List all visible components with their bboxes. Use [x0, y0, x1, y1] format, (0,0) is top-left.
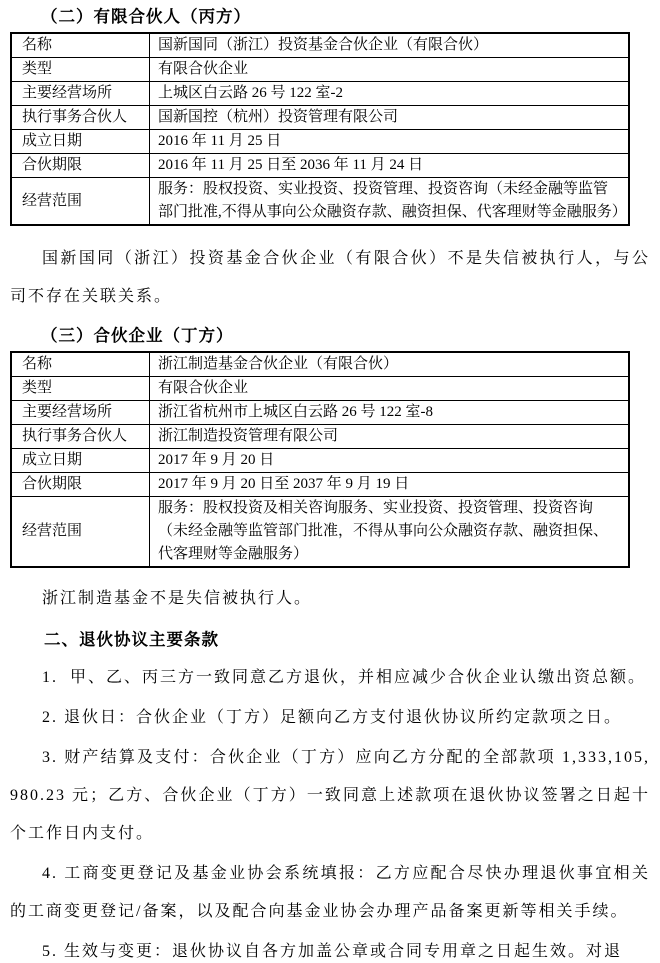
field-label: 执行事务合伙人	[11, 425, 150, 449]
d-party-info-table: 名称 浙江制造基金合伙企业（有限合伙） 类型 有限合伙企业 主要经营场所 浙江省…	[10, 351, 630, 568]
field-value: 浙江制造投资管理有限公司	[150, 425, 630, 449]
field-label: 名称	[11, 33, 150, 58]
note-paragraph: 浙江制造基金不是失信被执行人。	[10, 580, 650, 618]
table-row: 合伙期限 2017 年 9 月 20 日至 2037 年 9 月 19 日	[11, 473, 629, 497]
field-label: 主要经营场所	[11, 401, 150, 425]
clause-paragraph: 3. 财产结算及支付：合伙企业（丁方）应向乙方分配的全部款项 1,333,105…	[10, 739, 650, 853]
c-party-info-table: 名称 国新国同（浙江）投资基金合伙企业（有限合伙） 类型 有限合伙企业 主要经营…	[10, 32, 630, 226]
field-label: 经营范围	[11, 497, 150, 568]
field-label: 成立日期	[11, 130, 150, 154]
note-paragraph: 国新国同（浙江）投资基金合伙企业（有限合伙）不是失信被执行人，与公司不存在关联关…	[10, 240, 650, 316]
table-row: 成立日期 2017 年 9 月 20 日	[11, 449, 629, 473]
field-value: 国新国控（杭州）投资管理有限公司	[150, 106, 630, 130]
field-value: 浙江省杭州市上城区白云路 26 号 122 室-8	[150, 401, 630, 425]
table-row: 名称 国新国同（浙江）投资基金合伙企业（有限合伙）	[11, 33, 629, 58]
field-value: 浙江制造基金合伙企业（有限合伙）	[150, 352, 630, 377]
field-label: 主要经营场所	[11, 82, 150, 106]
table-row: 经营范围 服务：股权投资及相关咨询服务、实业投资、投资管理、投资咨询（未经金融等…	[11, 497, 629, 568]
document-page: （二）有限合伙人（丙方） 名称 国新国同（浙江）投资基金合伙企业（有限合伙） 类…	[0, 0, 660, 963]
field-value: 2017 年 9 月 20 日	[150, 449, 630, 473]
table-row: 类型 有限合伙企业	[11, 58, 629, 82]
field-label: 类型	[11, 377, 150, 401]
field-value: 上城区白云路 26 号 122 室-2	[150, 82, 630, 106]
field-label: 成立日期	[11, 449, 150, 473]
section-heading-d-party: （三）合伙企业（丁方）	[10, 324, 650, 347]
table-row: 主要经营场所 上城区白云路 26 号 122 室-2	[11, 82, 629, 106]
field-label: 合伙期限	[11, 473, 150, 497]
field-value: 2016 年 11 月 25 日至 2036 年 11 月 24 日	[150, 154, 630, 178]
clause-paragraph: 5. 生效与变更：退伙协议自各方加盖公章或合同专用章之日起生效。对退	[10, 933, 650, 963]
field-value: 2017 年 9 月 20 日至 2037 年 9 月 19 日	[150, 473, 630, 497]
field-label: 类型	[11, 58, 150, 82]
field-value: 有限合伙企业	[150, 58, 630, 82]
clauses-list: 1. 甲、乙、丙三方一致同意乙方退伙，并相应减少合伙企业认缴出资总额。 2. 退…	[10, 659, 650, 963]
clause-paragraph: 2. 退伙日：合伙企业（丁方）足额向乙方支付退伙协议所约定款项之日。	[10, 699, 650, 737]
table-row: 成立日期 2016 年 11 月 25 日	[11, 130, 629, 154]
field-label: 合伙期限	[11, 154, 150, 178]
field-value: 有限合伙企业	[150, 377, 630, 401]
table-row: 合伙期限 2016 年 11 月 25 日至 2036 年 11 月 24 日	[11, 154, 629, 178]
clause-paragraph: 1. 甲、乙、丙三方一致同意乙方退伙，并相应减少合伙企业认缴出资总额。	[10, 659, 650, 697]
field-value: 服务：股权投资、实业投资、投资管理、投资咨询（未经金融等监管部门批准,不得从事向…	[150, 178, 630, 226]
table-row: 经营范围 服务：股权投资、实业投资、投资管理、投资咨询（未经金融等监管部门批准,…	[11, 178, 629, 226]
table-row: 名称 浙江制造基金合伙企业（有限合伙）	[11, 352, 629, 377]
field-value: 服务：股权投资及相关咨询服务、实业投资、投资管理、投资咨询（未经金融等监管部门批…	[150, 497, 630, 568]
field-value: 国新国同（浙江）投资基金合伙企业（有限合伙）	[150, 33, 630, 58]
table-row: 执行事务合伙人 国新国控（杭州）投资管理有限公司	[11, 106, 629, 130]
field-value: 2016 年 11 月 25 日	[150, 130, 630, 154]
section-heading-c-party: （二）有限合伙人（丙方）	[10, 5, 650, 28]
table-row: 主要经营场所 浙江省杭州市上城区白云路 26 号 122 室-8	[11, 401, 629, 425]
clause-paragraph: 4. 工商变更登记及基金业协会系统填报：乙方应配合尽快办理退伙事宜相关的工商变更…	[10, 855, 650, 931]
field-label: 经营范围	[11, 178, 150, 226]
table-row: 类型 有限合伙企业	[11, 377, 629, 401]
field-label: 执行事务合伙人	[11, 106, 150, 130]
table-row: 执行事务合伙人 浙江制造投资管理有限公司	[11, 425, 629, 449]
field-label: 名称	[11, 352, 150, 377]
section-heading-clauses: 二、退伙协议主要条款	[10, 628, 650, 651]
